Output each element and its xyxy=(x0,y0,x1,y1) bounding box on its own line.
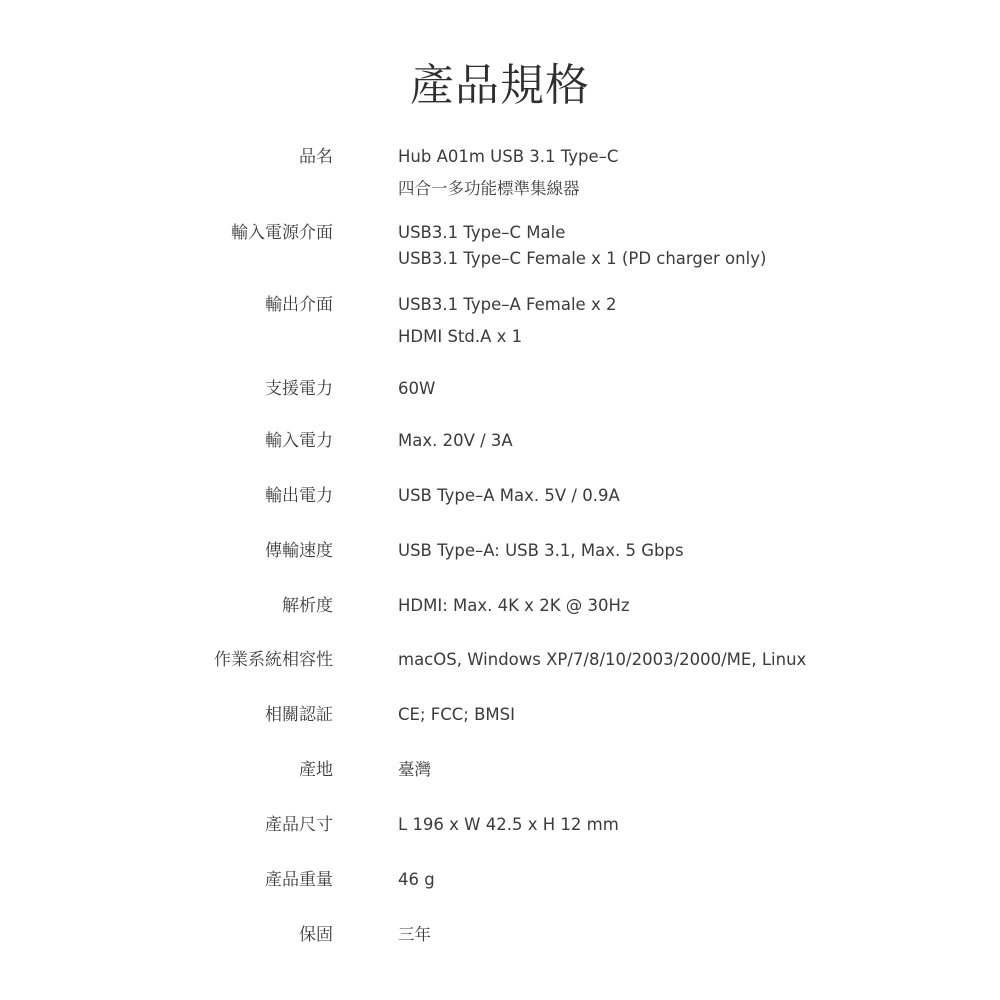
spec-value: USB3.1 Type–C MaleUSB3.1 Type–C Female x… xyxy=(398,220,766,272)
spec-label: 輸出電力 xyxy=(265,483,333,509)
spec-value: USB3.1 Type–A Female x 2HDMI Std.A x 1 xyxy=(398,292,616,350)
spec-value: USB Type–A Max. 5V / 0.9A xyxy=(398,483,620,509)
spec-label: 品名 xyxy=(299,144,333,170)
spec-value-line: 60W xyxy=(398,376,435,402)
spec-value: 46 g xyxy=(398,867,435,893)
spec-value: 臺灣 xyxy=(398,757,431,783)
spec-label: 輸入電源介面 xyxy=(231,220,333,246)
spec-value: CE; FCC; BMSI xyxy=(398,702,515,728)
spec-value: 60W xyxy=(398,376,435,402)
spec-value-line: 46 g xyxy=(398,867,435,893)
spec-value-line: 三年 xyxy=(398,922,431,948)
spec-label: 產品重量 xyxy=(265,867,333,893)
spec-value: USB Type–A: USB 3.1, Max. 5 Gbps xyxy=(398,538,684,564)
spec-label: 產地 xyxy=(299,757,333,783)
spec-label: 支援電力 xyxy=(265,376,333,402)
spec-value-line: HDMI: Max. 4K x 2K @ 30Hz xyxy=(398,593,630,619)
page-title: 產品規格 xyxy=(0,58,1000,114)
spec-value-line: CE; FCC; BMSI xyxy=(398,702,515,728)
spec-value-line: Hub A01m USB 3.1 Type–C xyxy=(398,144,618,170)
spec-label: 產品尺寸 xyxy=(265,812,333,838)
spec-value-line: L 196 x W 42.5 x H 12 mm xyxy=(398,812,619,838)
spec-value-line: macOS, Windows XP/7/8/10/2003/2000/ME, L… xyxy=(398,647,806,673)
spec-value: HDMI: Max. 4K x 2K @ 30Hz xyxy=(398,593,630,619)
spec-value: Hub A01m USB 3.1 Type–C四合一多功能標準集線器 xyxy=(398,144,618,202)
spec-label: 輸入電力 xyxy=(265,428,333,454)
spec-value-line: USB Type–A Max. 5V / 0.9A xyxy=(398,483,620,509)
spec-value-line: 四合一多功能標準集線器 xyxy=(398,176,618,202)
spec-value-line: 臺灣 xyxy=(398,757,431,783)
spec-value-line: USB3.1 Type–A Female x 2 xyxy=(398,292,616,318)
spec-label: 解析度 xyxy=(282,593,333,619)
spec-label: 輸出介面 xyxy=(265,292,333,318)
spec-value-line: USB Type–A: USB 3.1, Max. 5 Gbps xyxy=(398,538,684,564)
spec-value: Max. 20V / 3A xyxy=(398,428,513,454)
spec-label: 保固 xyxy=(299,922,333,948)
spec-value-line: Max. 20V / 3A xyxy=(398,428,513,454)
spec-label: 作業系統相容性 xyxy=(214,647,333,673)
spec-label: 傳輸速度 xyxy=(265,538,333,564)
spec-label: 相關認証 xyxy=(265,702,333,728)
spec-value: macOS, Windows XP/7/8/10/2003/2000/ME, L… xyxy=(398,647,806,673)
spec-value-line: USB3.1 Type–C Female x 1 (PD charger onl… xyxy=(398,246,766,272)
spec-value-line: USB3.1 Type–C Male xyxy=(398,220,766,246)
spec-value: L 196 x W 42.5 x H 12 mm xyxy=(398,812,619,838)
spec-value: 三年 xyxy=(398,922,431,948)
spec-value-line: HDMI Std.A x 1 xyxy=(398,324,616,350)
